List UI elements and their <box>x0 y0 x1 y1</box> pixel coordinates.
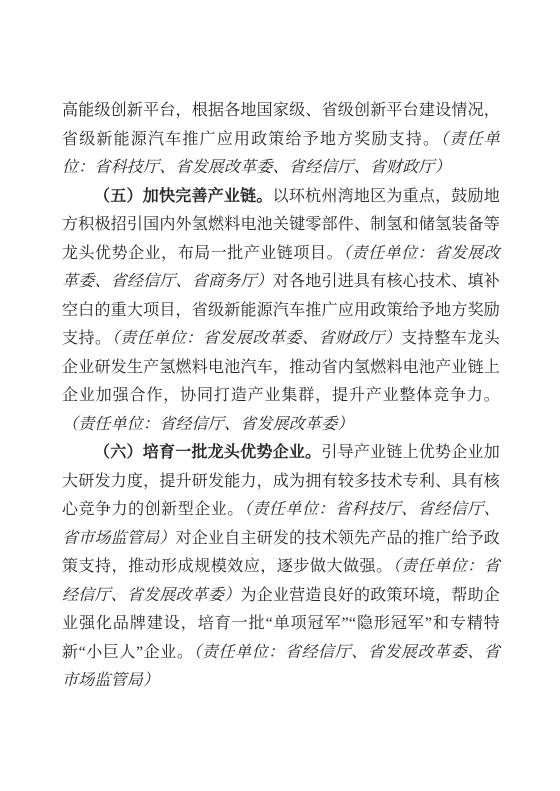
responsibility-note: （责任单位：省经信厅、省发展改革委） <box>62 416 354 433</box>
document-page: 高能级创新平台，根据各地国家级、省级创新平台建设情况，省级新能源汽车推广应用政策… <box>0 0 560 791</box>
responsibility-note: （责任单位：省发展改革委、省财政厅） <box>112 330 402 347</box>
document-content: 高能级创新平台，根据各地国家级、省级创新平台建设情况，省级新能源汽车推广应用政策… <box>62 97 500 696</box>
paragraph-section-6: （六）培育一批龙头优势企业。引导产业链上优势企业加大研发力度，提升研发能力，成为… <box>62 439 500 696</box>
section-heading-6: （六）培育一批龙头优势企业。 <box>94 444 321 461</box>
paragraph-continuation: 高能级创新平台，根据各地国家级、省级创新平台建设情况，省级新能源汽车推广应用政策… <box>62 97 500 183</box>
section-heading-5: （五）加快完善产业链。 <box>94 188 273 205</box>
body-text-run: 高能级创新平台，根据各地国家级、省级创新平台建设情况，省级新能源汽车推广应用政策… <box>62 102 500 148</box>
paragraph-section-5: （五）加快完善产业链。以环杭州湾地区为重点，鼓励地方积极招引国内外氢燃料电池关键… <box>62 183 500 440</box>
